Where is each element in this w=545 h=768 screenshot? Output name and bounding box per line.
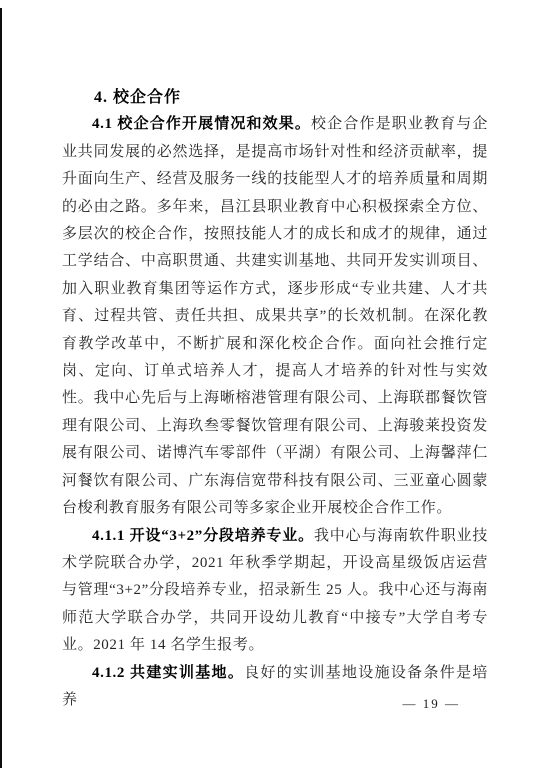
scan-edge-line	[0, 8, 2, 768]
document-page: 4. 校企合作 4.1 校企合作开展情况和效果。校企合作是职业教育与企业共同发展…	[0, 0, 545, 768]
section-heading: 4. 校企合作	[62, 84, 488, 111]
paragraph-body: 校企合作是职业教育与企业共同发展的必然选择，是提高市场针对性和经济贡献率，提升面…	[62, 116, 488, 516]
page-content: 4. 校企合作 4.1 校企合作开展情况和效果。校企合作是职业教育与企业共同发展…	[62, 84, 488, 714]
paragraph-body: 我中心与海南软件职业技术学院联合办学，2021 年秋季学期起，开设高星级饭店运营…	[62, 528, 488, 654]
paragraph: 4.1.1 开设“3+2”分段培养专业。我中心与海南软件职业技术学院联合办学，2…	[62, 523, 488, 660]
paragraph: 4.1 校企合作开展情况和效果。校企合作是职业教育与企业共同发展的必然选择，是提…	[62, 111, 488, 522]
paragraph-lead: 4.1.2 共建实训基地。	[92, 665, 244, 681]
paragraph-lead: 4.1 校企合作开展情况和效果。	[92, 116, 311, 132]
paragraph-lead: 4.1.1 开设“3+2”分段培养专业。	[92, 528, 314, 544]
page-number: — 19 —	[403, 696, 461, 712]
